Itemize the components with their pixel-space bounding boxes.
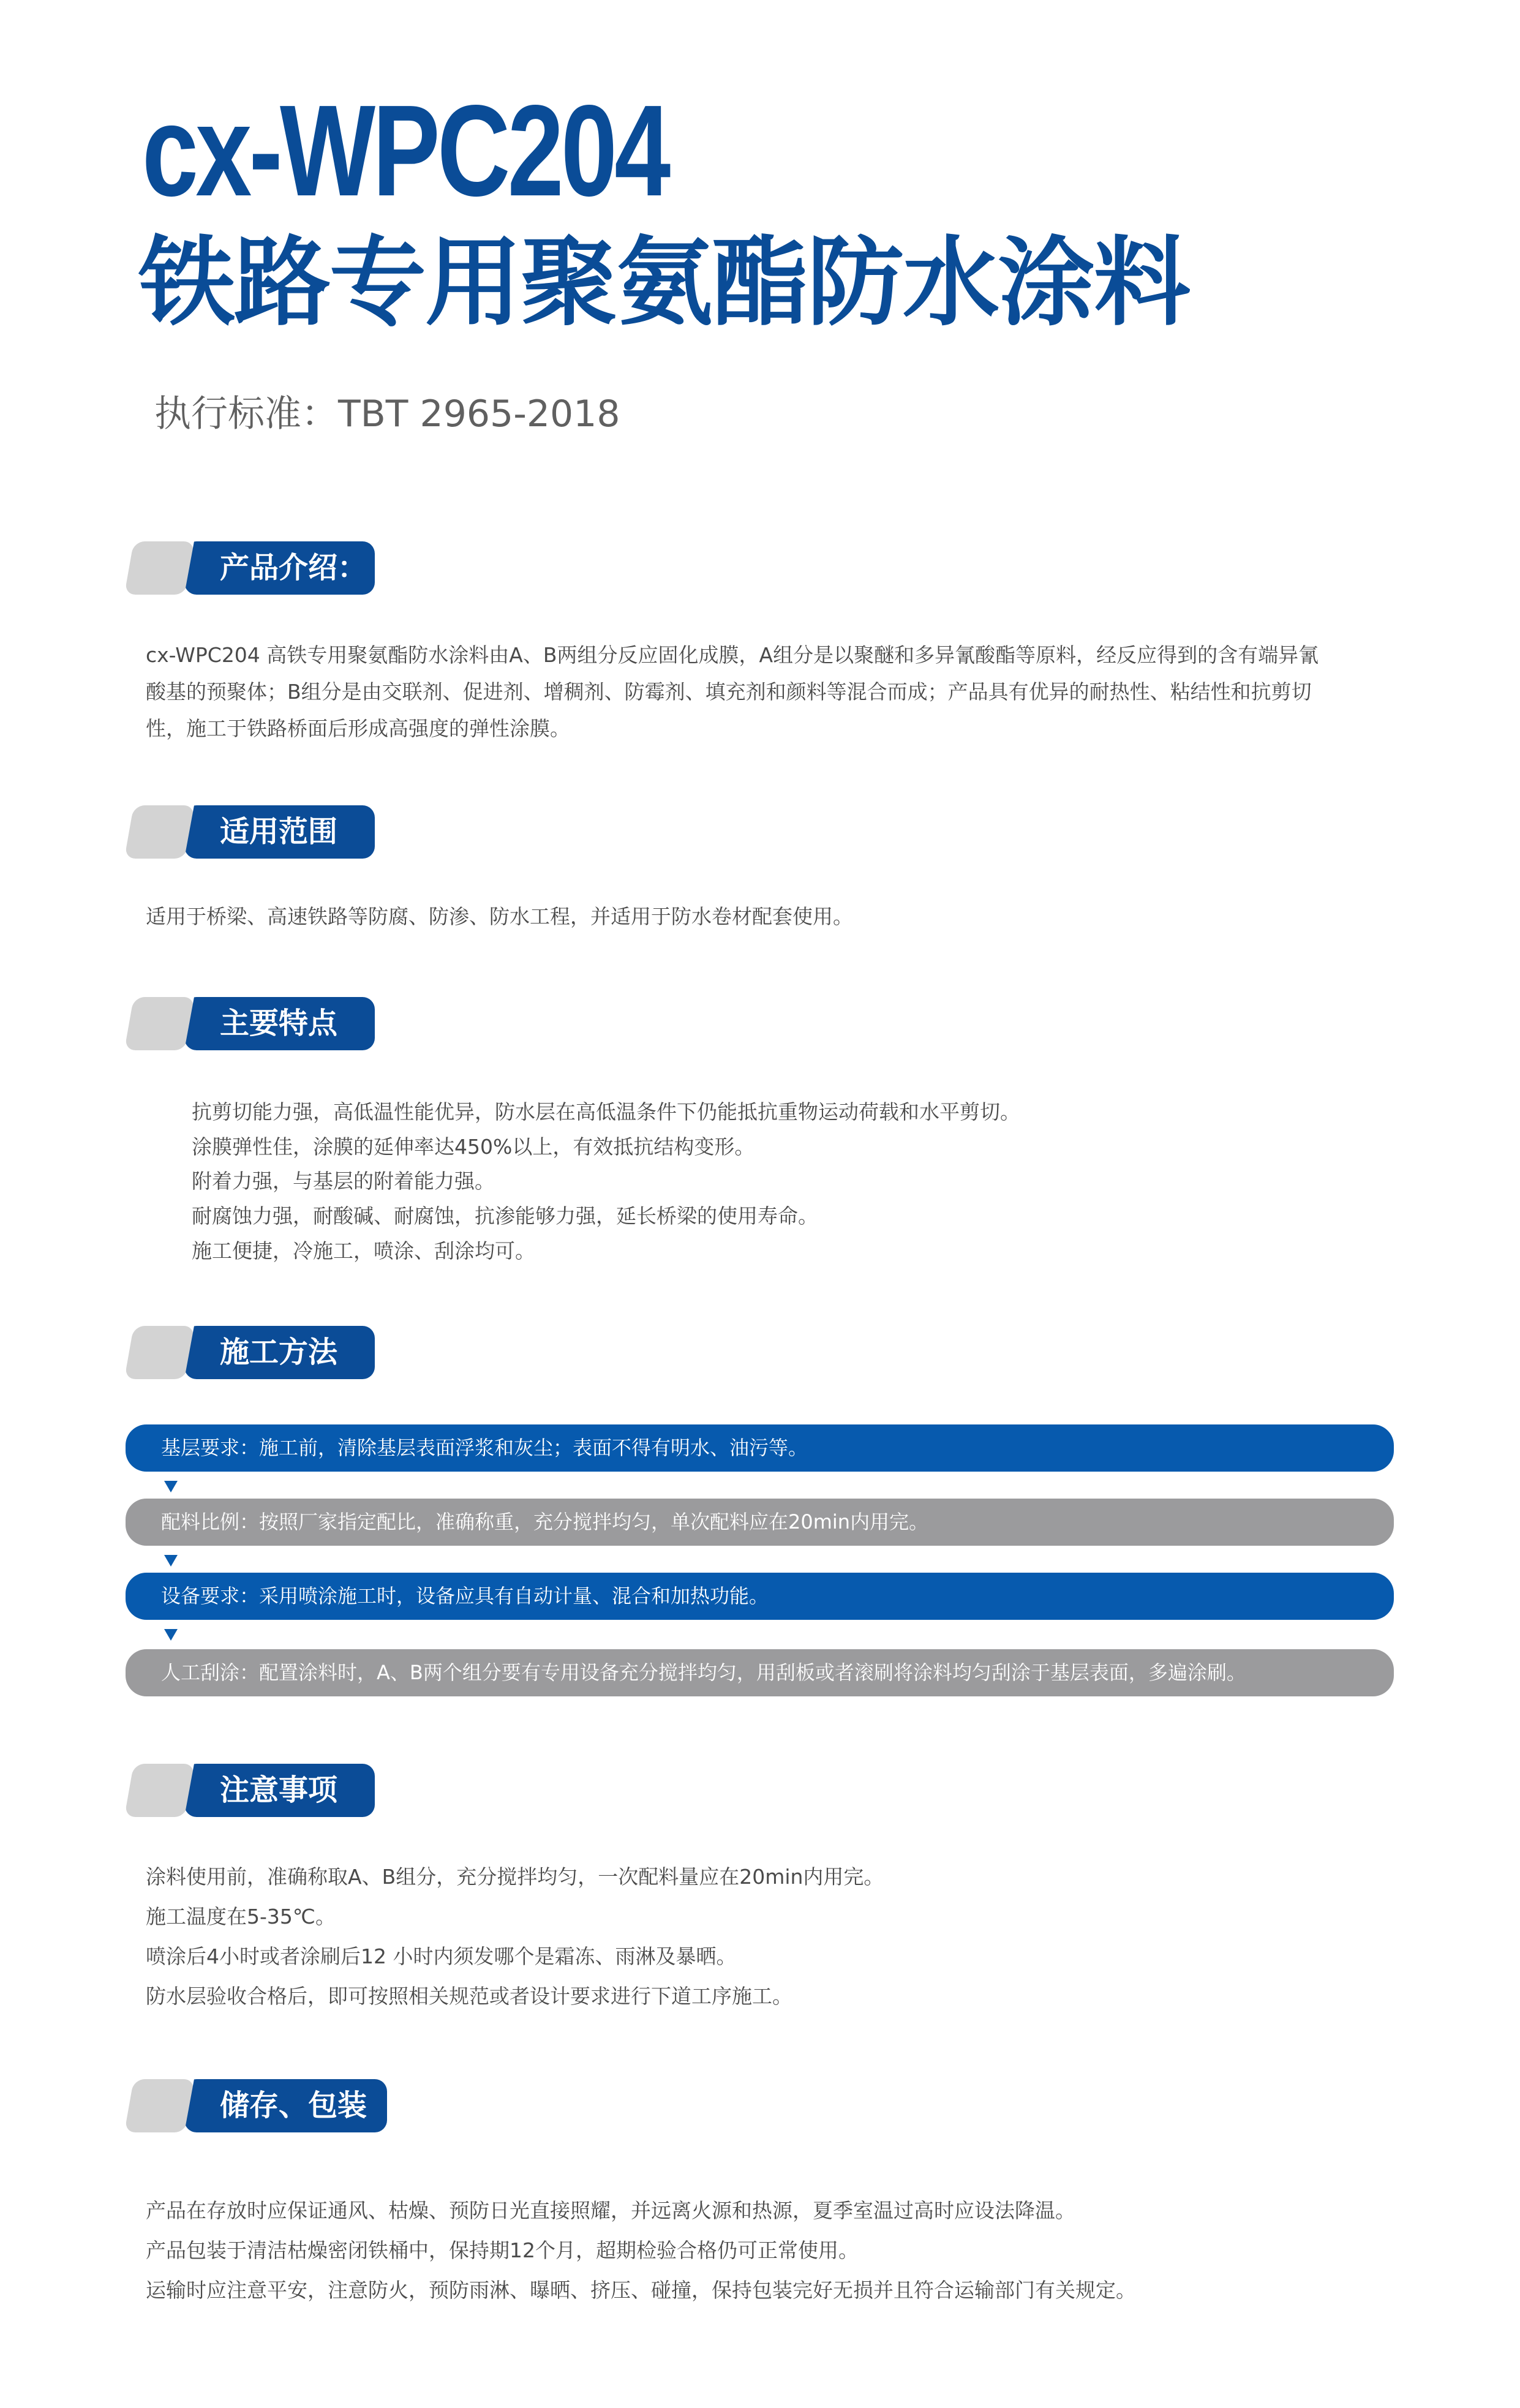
badge-background: 储存、包装 [184,2079,387,2132]
badge-accent-shape [124,1326,195,1379]
triangle-down-icon [164,1555,178,1567]
badge-accent-shape [124,805,195,859]
storage-list: 产品在存放时应保证通风、枯燥、预防日光直接照耀，并远离火源和热源，夏季室温过高时… [146,2191,1136,2310]
badge-background: 主要特点 [184,997,375,1050]
storage-item: 产品包装于清洁枯燥密闭铁桶中，保持期12个月，超期检验合格仍可正常使用。 [146,2230,1136,2270]
section-header-scope: 适用范围 [124,805,375,859]
section-title: 产品介绍： [220,541,367,595]
product-model-title: cx-WPC204 [142,86,668,216]
triangle-down-icon [164,1481,178,1492]
feature-item: 涂膜弹性佳，涂膜的延伸率达450%以上，有效抵抗结构变形。 [192,1130,1020,1165]
method-step-manual-application: 人工刮涂：配置涂料时，A、B两个组分要有专用设备充分搅拌均匀，用刮板或者滚刷将涂… [126,1649,1394,1696]
section-header-storage: 储存、包装 [124,2079,388,2132]
note-item: 喷涂后4小时或者涂刷后12 小时内须发哪个是霜冻、雨淋及暴晒。 [146,1936,884,1976]
feature-item: 抗剪切能力强，高低温性能优异，防水层在高低温条件下仍能抵抗重物运动荷载和水平剪切… [192,1095,1020,1130]
intro-line: 酸基的预聚体；B组分是由交联剂、促进剂、增稠剂、防霉剂、填充剂和颜料等混合而成；… [146,674,1377,710]
scope-line: 适用于桥梁、高速铁路等防腐、防渗、防水工程，并适用于防水卷材配套使用。 [146,898,853,935]
badge-background: 注意事项 [184,1764,375,1817]
section-header-notes: 注意事项 [124,1764,375,1817]
note-item: 涂料使用前，准确称取A、B组分，充分搅拌均匀，一次配料量应在20min内用完。 [146,1857,884,1897]
badge-accent-shape [124,1764,195,1817]
features-list: 抗剪切能力强，高低温性能优异，防水层在高低温条件下仍能抵抗重物运动荷载和水平剪切… [192,1095,1020,1269]
badge-background: 产品介绍： [184,541,375,595]
note-item: 施工温度在5-35℃。 [146,1897,884,1936]
badge-accent-shape [124,997,195,1050]
storage-item: 运输时应注意平安，注意防火，预防雨淋、曝晒、挤压、碰撞，保持包装完好无损并且符合… [146,2270,1136,2310]
notes-list: 涂料使用前，准确称取A、B组分，充分搅拌均匀，一次配料量应在20min内用完。 … [146,1857,884,2016]
method-step-mixing-ratio: 配料比例：按照厂家指定配比，准确称重，充分搅拌均匀，单次配料应在20min内用完… [126,1499,1394,1546]
intro-line: 性，施工于铁路桥面后形成高强度的弹性涂膜。 [146,710,1377,747]
product-name-title: 铁路专用聚氨酯防水涂料 [138,228,1189,338]
section-header-features: 主要特点 [124,997,375,1050]
triangle-down-icon [164,1629,178,1641]
note-item: 防水层验收合格后，即可按照相关规范或者设计要求进行下道工序施工。 [146,1976,884,2016]
intro-paragraph: cx-WPC204 高铁专用聚氨酯防水涂料由A、B两组分反应固化成膜，A组分是以… [146,637,1377,747]
method-step-equipment: 设备要求：采用喷涂施工时，设备应具有自动计量、混合和加热功能。 [126,1573,1394,1620]
section-title: 注意事项 [220,1764,337,1817]
storage-item: 产品在存放时应保证通风、枯燥、预防日光直接照耀，并远离火源和热源，夏季室温过高时… [146,2191,1136,2230]
feature-item: 耐腐蚀力强，耐酸碱、耐腐蚀，抗渗能够力强，延长桥梁的使用寿命。 [192,1199,1020,1234]
standard-label: 执行标准：TBT 2965-2018 [154,389,620,438]
badge-accent-shape [124,2079,195,2132]
scope-text: 适用于桥梁、高速铁路等防腐、防渗、防水工程，并适用于防水卷材配套使用。 [146,898,853,935]
section-title: 储存、包装 [220,2079,367,2132]
section-title: 适用范围 [220,805,337,859]
badge-background: 适用范围 [184,805,375,859]
badge-accent-shape [124,541,195,595]
feature-item: 施工便捷，冷施工，喷涂、刮涂均可。 [192,1234,1020,1269]
feature-item: 附着力强，与基层的附着能力强。 [192,1164,1020,1199]
method-step-base-requirements: 基层要求：施工前，清除基层表面浮浆和灰尘；表面不得有明水、油污等。 [126,1424,1394,1472]
section-header-intro: 产品介绍： [124,541,375,595]
section-title: 主要特点 [220,997,337,1050]
badge-background: 施工方法 [184,1326,375,1379]
intro-line: cx-WPC204 高铁专用聚氨酯防水涂料由A、B两组分反应固化成膜，A组分是以… [146,637,1377,674]
section-header-method: 施工方法 [124,1326,375,1379]
section-title: 施工方法 [220,1326,337,1379]
